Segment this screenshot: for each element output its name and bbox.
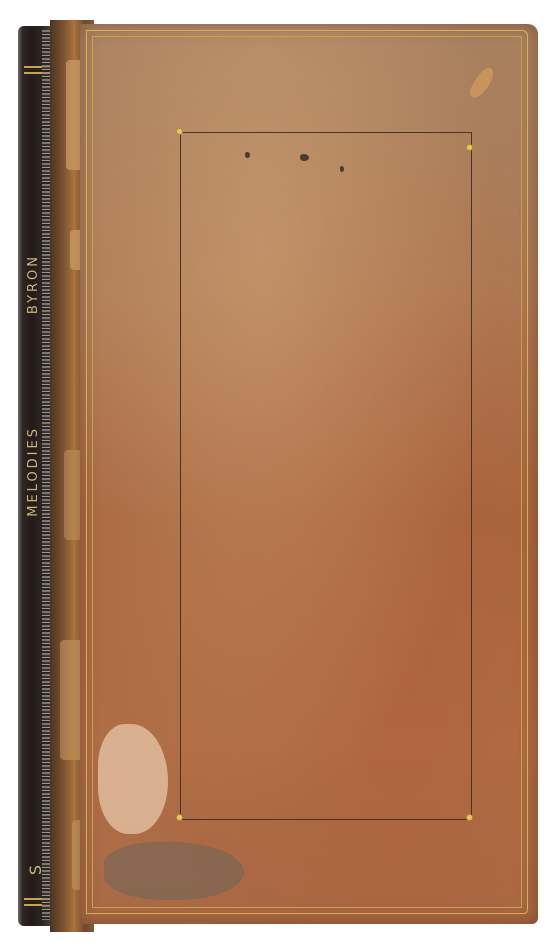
spine-title: MELODIES [26,426,41,517]
front-cover [80,24,538,924]
book: BYRON MELODIES S [14,20,542,932]
gilt-corner-dot [176,128,183,135]
spine-author: BYRON [26,254,41,314]
gilt-corner-dot [466,814,473,821]
blind-ruled-panel [180,132,472,820]
water-stain [104,842,244,900]
scuffed-leather [98,724,168,834]
gilt-corner-dot [466,144,473,151]
gilt-corner-dot [176,814,183,821]
